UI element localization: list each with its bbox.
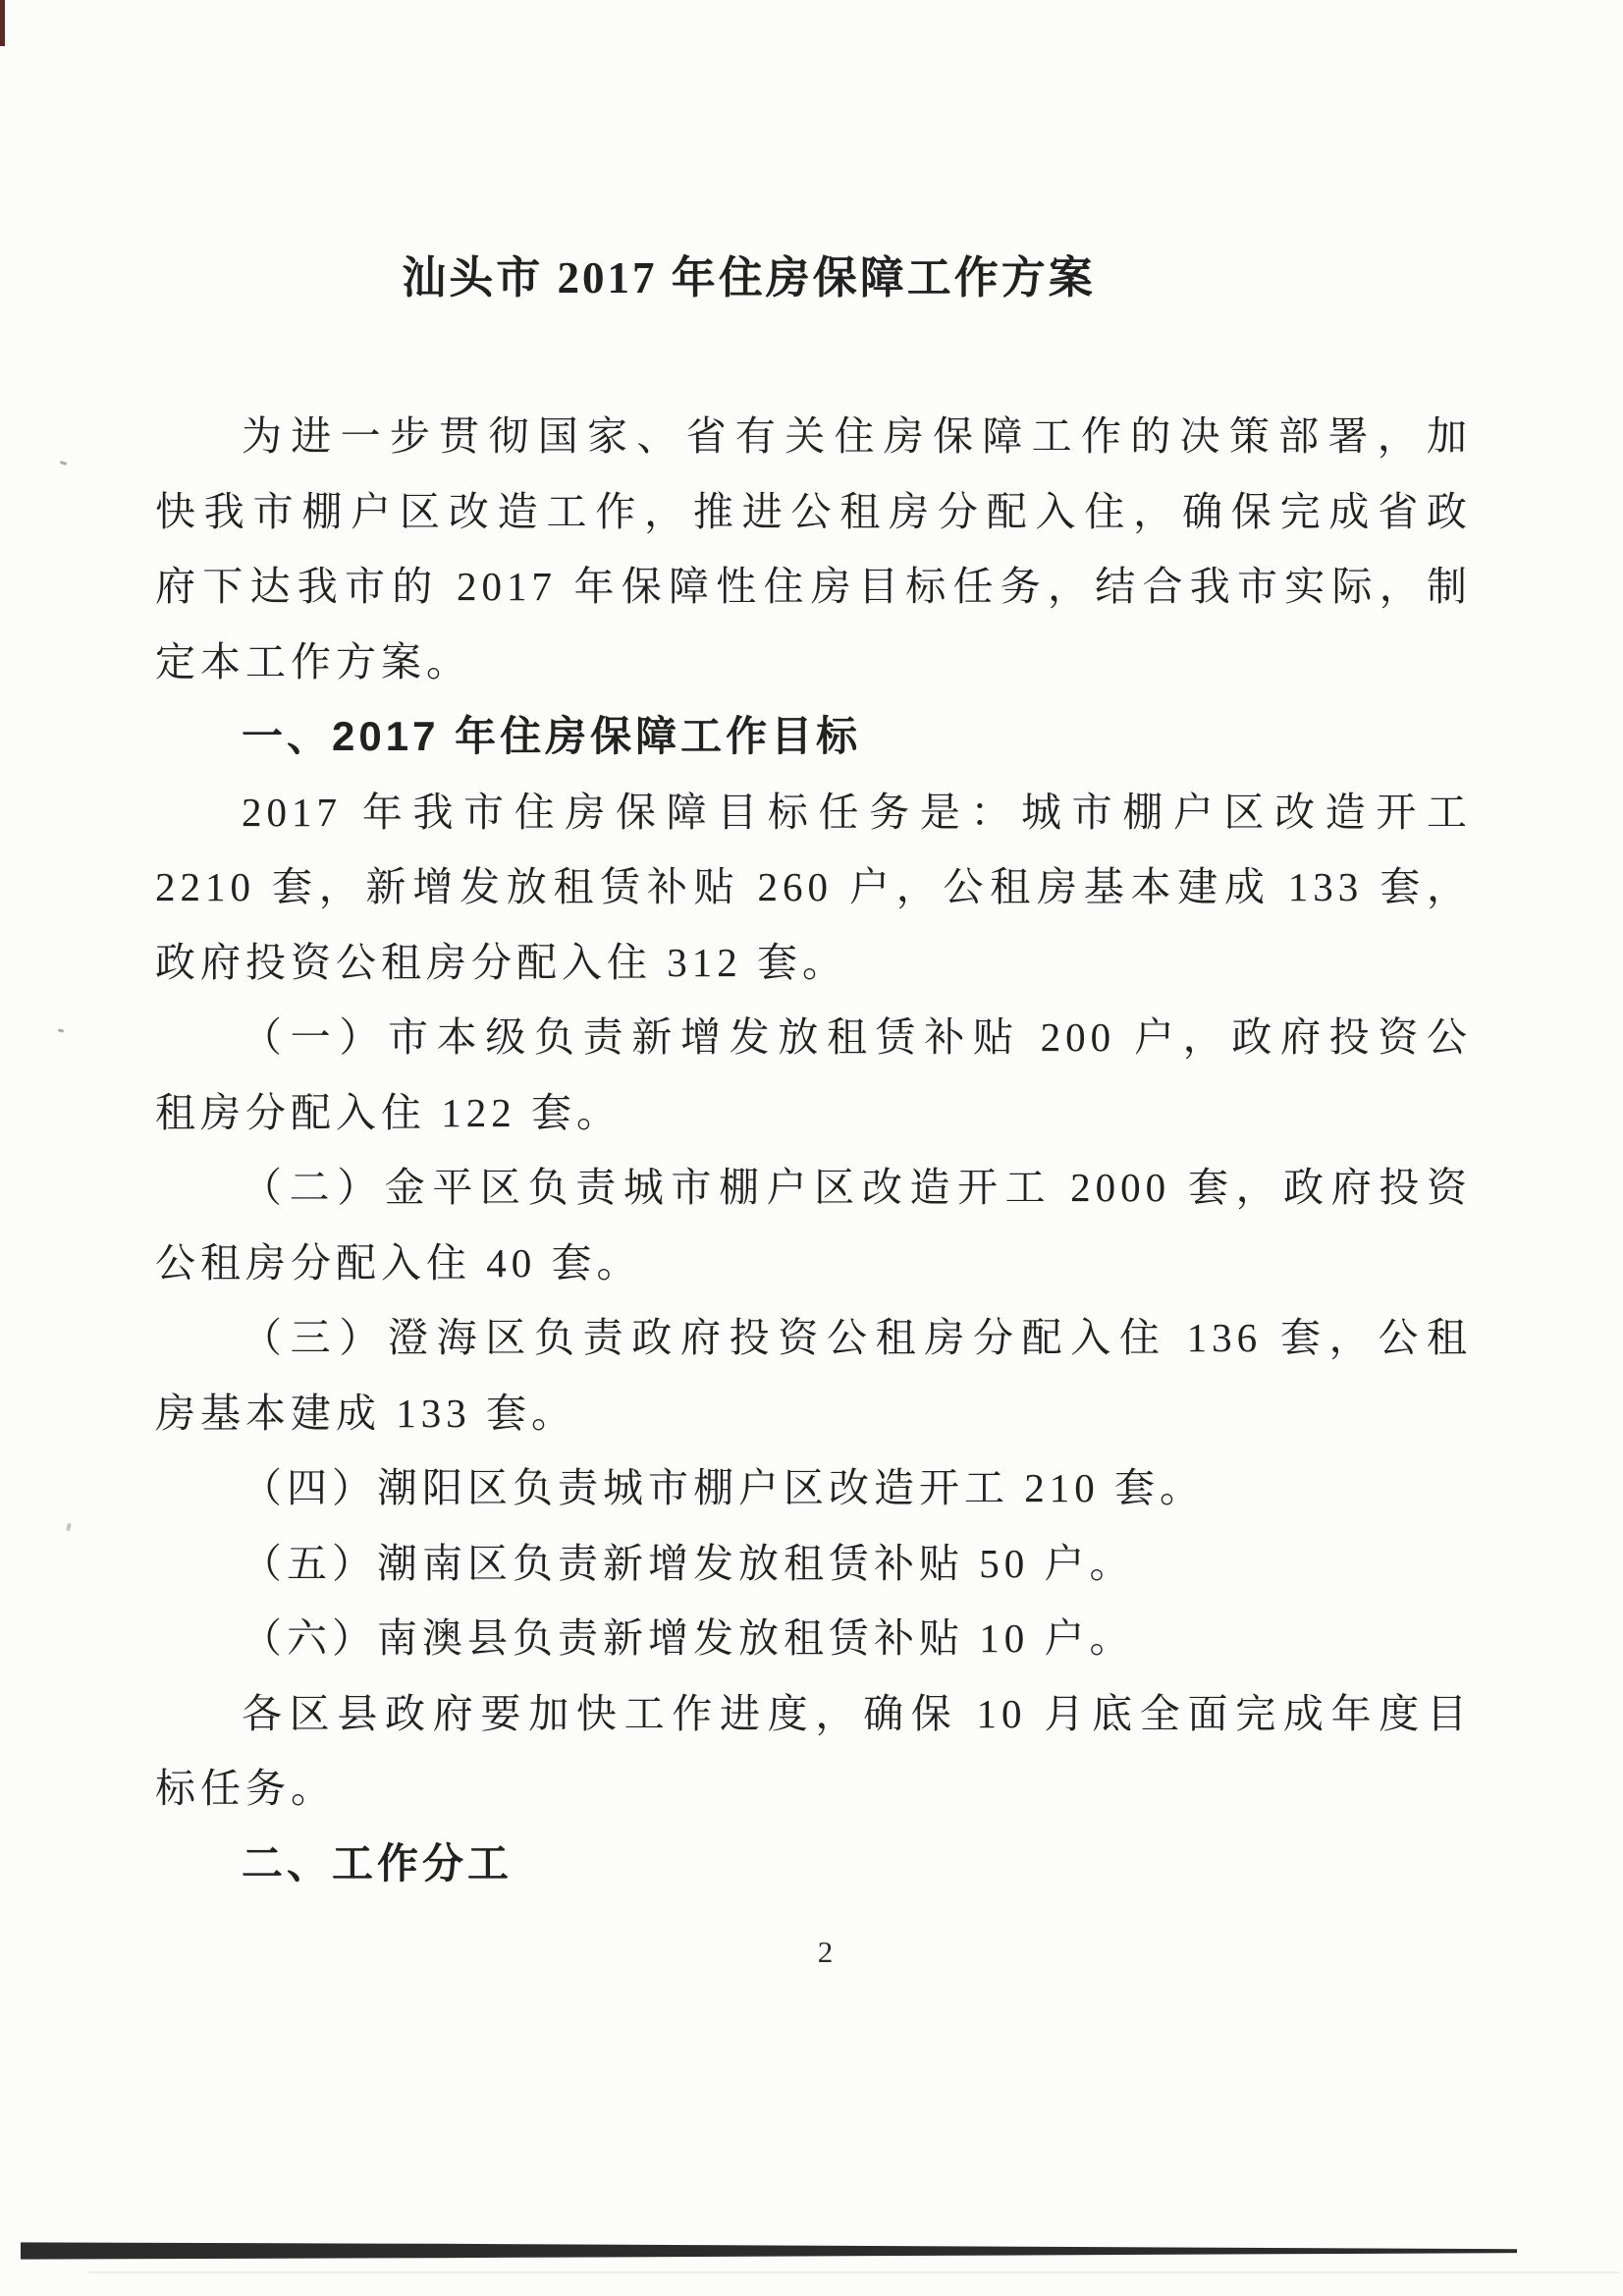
paragraph-line: （一）市本级负责新增发放租赁补贴 200 户，政府投资公	[155, 1000, 1472, 1075]
paragraph-line: 2210 套，新增发放租赁补贴 260 户，公租房基本建成 133 套，	[155, 849, 1472, 925]
paragraph-line: （六）南澳县负责新增发放租赁补贴 10 户。	[155, 1601, 1472, 1676]
section-heading: 一、2017 年住房保障工作目标	[155, 699, 1472, 775]
scan-artifact-faint-line	[88, 2271, 1620, 2273]
paragraph-line: （五）潮南区负责新增发放租赁补贴 50 户。	[155, 1526, 1472, 1602]
scan-speck	[58, 1028, 64, 1032]
scan-artifact-top-left-strip	[0, 0, 5, 46]
paragraph-line: （二）金平区负责城市棚户区改造开工 2000 套，政府投资	[155, 1150, 1472, 1226]
paragraph-line: （四）潮阳区负责城市棚户区改造开工 210 套。	[155, 1450, 1472, 1526]
page-number: 2	[14, 1935, 1623, 1970]
scan-speck	[60, 461, 68, 465]
scan-speck	[66, 1523, 72, 1532]
paragraph-line: 各区县政府要加快工作进度，确保 10 月底全面完成年度目	[155, 1676, 1472, 1752]
paragraph-line: 为进一步贯彻国家、省有关住房保障工作的决策部署，加	[155, 399, 1472, 474]
paragraph-line: 政府投资公租房分配入住 312 套。	[155, 925, 1472, 1001]
paragraph-line: 定本工作方案。	[155, 625, 1472, 700]
document-body: 为进一步贯彻国家、省有关住房保障工作的决策部署，加 快我市棚户区改造工作，推进公…	[155, 399, 1472, 1901]
paragraph-line: 府下达我市的 2017 年保障性住房目标任务，结合我市实际，制	[155, 549, 1472, 625]
paragraph-line: 2017 年我市住房保障目标任务是：城市棚户区改造开工	[155, 775, 1472, 850]
paragraph-line: 快我市棚户区改造工作，推进公租房分配入住，确保完成省政	[155, 474, 1472, 550]
scanned-document-page: 汕头市 2017 年住房保障工作方案 为进一步贯彻国家、省有关住房保障工作的决策…	[0, 0, 1623, 2296]
paragraph-line: 房基本建成 133 套。	[155, 1376, 1472, 1451]
paragraph-line: 租房分配入住 122 套。	[155, 1075, 1472, 1151]
paragraph-line: 公租房分配入住 40 套。	[155, 1226, 1472, 1301]
scan-artifact-bottom-bar	[21, 2242, 1517, 2260]
paragraph-line: 标任务。	[155, 1751, 1472, 1827]
paragraph-line: （三）澄海区负责政府投资公租房分配入住 136 套，公租	[155, 1300, 1472, 1376]
section-heading: 二、工作分工	[155, 1827, 1472, 1902]
document-title: 汕头市 2017 年住房保障工作方案	[0, 246, 1560, 310]
